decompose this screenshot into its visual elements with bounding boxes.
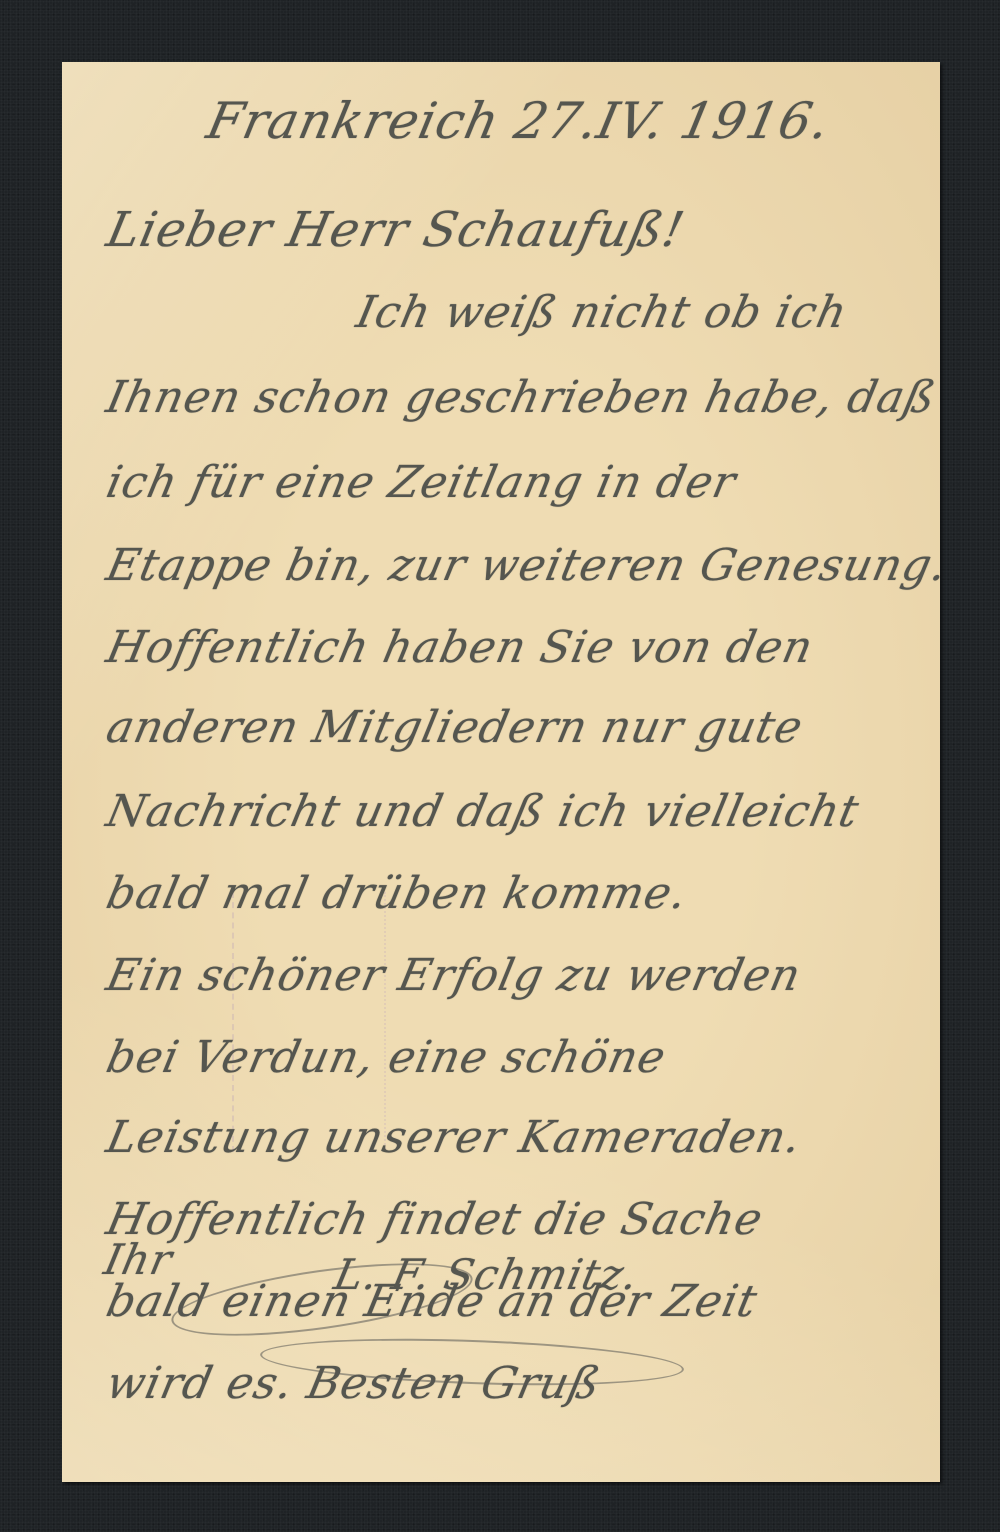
closing: Ihr — [100, 1235, 177, 1284]
body-line-2: Ihnen schon geschrieben habe, daß — [102, 372, 941, 423]
body-line-5: Hoffentlich haben Sie von den — [102, 622, 818, 673]
body-line-14: wird es. Besten Gruß — [102, 1358, 605, 1409]
salutation: Lieber Herr Schaufuß! — [102, 202, 690, 258]
body-line-12: Hoffentlich findet die Sache — [102, 1194, 768, 1245]
body-line-4: Etappe bin, zur weiteren Genesung. — [102, 540, 952, 591]
body-line-9: Ein schöner Erfolg zu werden — [102, 950, 806, 1001]
place-date: Frankreich 27.IV. 1916. — [202, 92, 835, 150]
body-line-11: Leistung unserer Kameraden. — [102, 1112, 806, 1163]
body-line-8: bald mal drüben komme. — [102, 868, 692, 919]
body-line-7: Nachricht und daß ich vielleicht — [102, 786, 864, 837]
body-line-10: bei Verdun, eine schöne — [102, 1032, 671, 1083]
body-line-6: anderen Mitgliedern nur gute — [102, 702, 808, 753]
signature: L. F. Schmitz. — [330, 1250, 643, 1299]
body-line-3: ich für eine Zeitlang in der — [102, 457, 741, 508]
body-line-1: Ich weiß nicht ob ich — [352, 287, 852, 338]
